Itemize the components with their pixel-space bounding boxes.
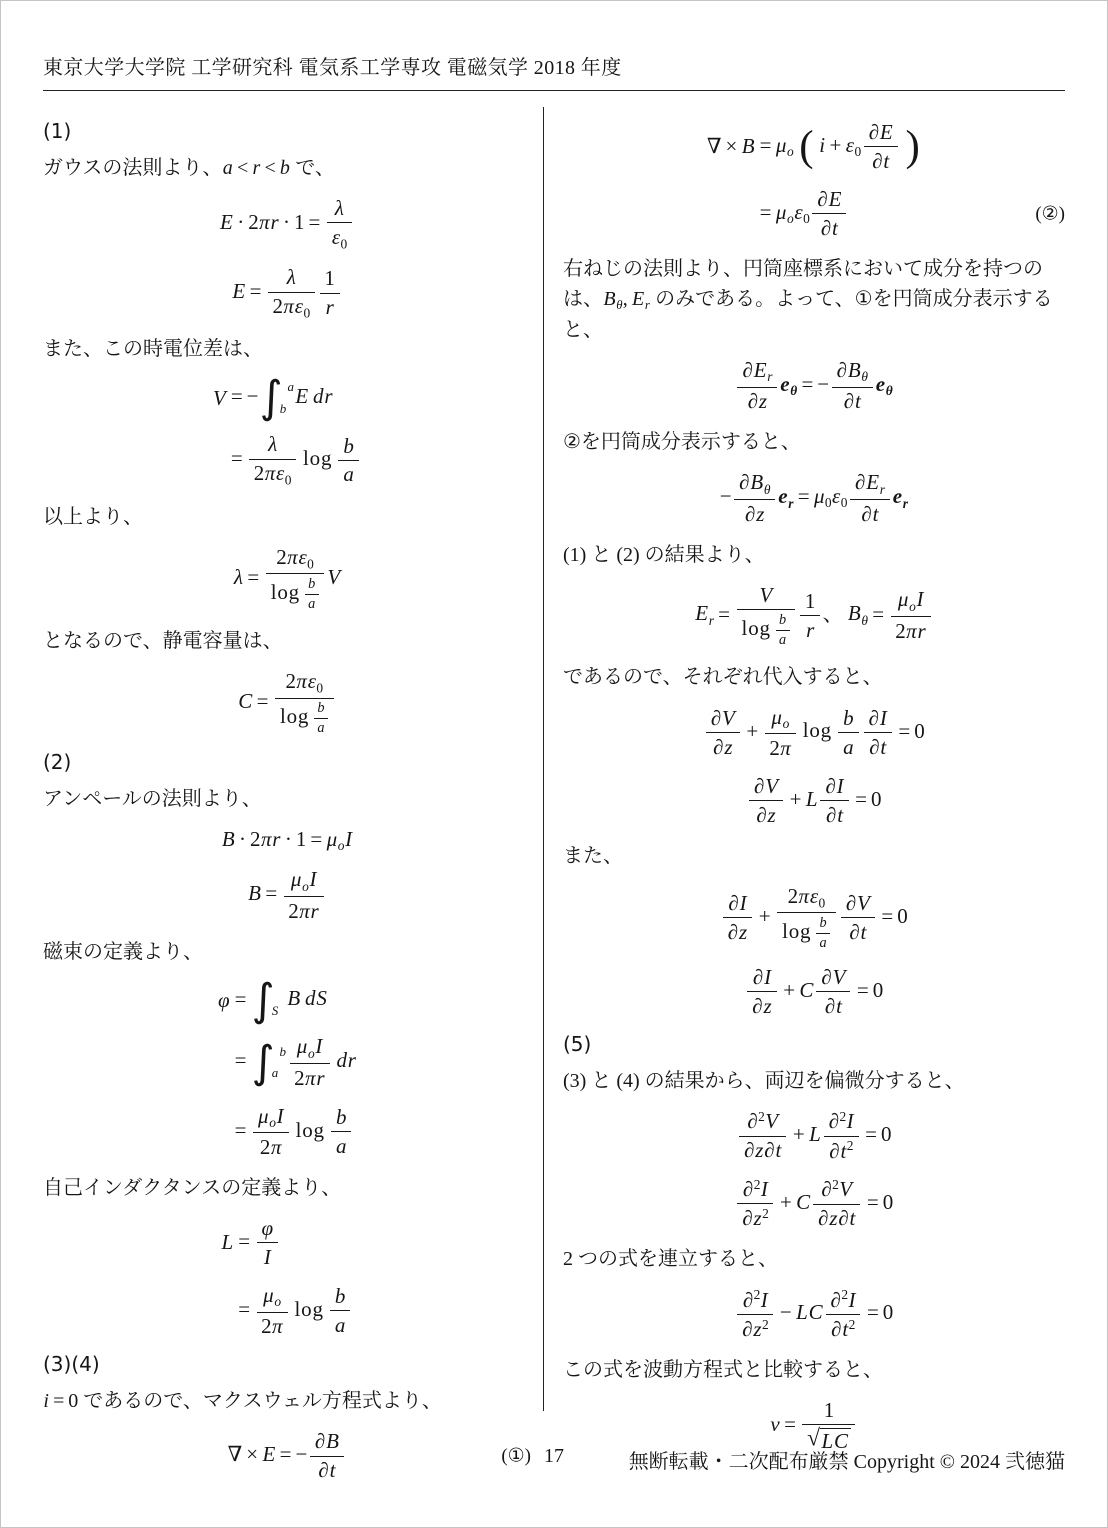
denominator: 2πr — [891, 617, 931, 643]
integral: ∫S — [252, 980, 282, 1022]
math-token: ∂ — [843, 389, 854, 413]
fraction: ba — [314, 700, 328, 737]
math-token: o — [309, 446, 320, 470]
inline-math: Bθ,Er — [603, 288, 650, 310]
math-token: 0 — [883, 1300, 894, 1324]
paragraph: 右ねじの法則より、円筒座標系において成分を持つのは、Bθ,Er のみである。よっ… — [563, 254, 1065, 345]
math-token: l — [294, 1297, 301, 1321]
math-token: = — [881, 904, 893, 928]
math-token: r — [708, 613, 714, 628]
math-token: B — [287, 986, 301, 1010]
subscript: 0 — [803, 211, 810, 226]
fraction: μoI2πr — [290, 1034, 330, 1090]
numerator: φ — [257, 1216, 279, 1243]
math-token: t — [855, 389, 862, 413]
math-token: ∂ — [825, 774, 836, 798]
equation-group: (②)∇×B=μo(i+ε0∂E∂t)=μoε0∂E∂t — [563, 120, 1065, 241]
denominator: ∂z — [737, 388, 777, 414]
math-token: μ — [775, 133, 786, 157]
equation-tag: (②) — [1035, 203, 1065, 226]
align-rhs: =μoε0∂E∂t — [760, 187, 922, 241]
align-rhs: =μo2πlogba — [238, 1283, 353, 1339]
roman-text: log — [270, 580, 299, 604]
denominator: a — [338, 461, 359, 487]
math-token: = — [238, 1229, 250, 1253]
math-token: 2 — [769, 736, 780, 760]
fraction: ∂Bθ∂z — [734, 470, 775, 526]
math-token: l — [270, 580, 277, 604]
math-token: = — [250, 279, 262, 303]
paragraph: 2 つの式を連立すると、 — [563, 1244, 1065, 1274]
subscript: r — [708, 613, 714, 628]
superscript: 2 — [832, 1177, 839, 1192]
fraction: ba — [838, 706, 859, 760]
math-token: = — [231, 384, 243, 408]
bold-vector: eθ — [780, 372, 798, 396]
math-token: 0 — [854, 144, 861, 159]
math-token: B — [221, 827, 235, 851]
math-token: = — [53, 1390, 64, 1412]
section-label: (5) — [563, 1032, 1065, 1056]
document-page: 東京大学大学院 工学研究科 電気系工学専攻 電磁気学 2018 年度 (1)ガウ… — [0, 0, 1108, 1528]
equation: ∂V∂z+L∂I∂t=0 — [563, 774, 1065, 828]
align-rhs: =∫baμoI2πrdr — [235, 1034, 357, 1090]
math-token: C — [808, 1300, 823, 1324]
numerator: ∂I — [820, 774, 848, 801]
math-token: b — [317, 700, 325, 716]
math-token: = — [872, 601, 884, 625]
math-token: o — [809, 718, 820, 742]
math-token: e — [780, 372, 790, 396]
math-token: i — [43, 1390, 49, 1412]
math-token: o — [748, 616, 759, 640]
numerator: b — [816, 915, 830, 934]
math-token: − — [817, 372, 829, 396]
paragraph: アンペールの法則より、 — [43, 784, 531, 814]
numerator: b — [314, 700, 328, 719]
numerator: ∂V — [841, 891, 875, 918]
math-token: a — [308, 596, 316, 612]
numerator: b — [330, 1284, 351, 1311]
fraction: ∂2I∂z2 — [737, 1177, 773, 1232]
bold-vector: er — [892, 484, 908, 508]
math-token: d — [313, 384, 324, 408]
equation: C=2πε0logba — [43, 669, 531, 737]
align-lhs: ∇×B — [707, 134, 755, 159]
section-label: (1) — [43, 119, 531, 143]
align-grid: φ=∫SBdS=∫baμoI2πrdr=μoI2πlogba — [218, 980, 357, 1160]
math-token: 0 — [841, 496, 848, 511]
numerator: 2πε0 — [275, 669, 334, 699]
math-token: = — [247, 565, 259, 589]
math-token: μ — [258, 1104, 269, 1128]
math-token: 1 — [296, 827, 307, 851]
denominator: ∂z2 — [737, 1315, 773, 1342]
math-token: g — [759, 616, 770, 640]
numerator: 2πε0 — [266, 545, 325, 575]
math-token: i — [819, 133, 826, 157]
math-token: E — [828, 187, 842, 211]
math-token: = — [231, 446, 243, 470]
numerator: ∂Er — [737, 358, 777, 388]
math-token: θ — [861, 369, 868, 384]
equation: ∂Er∂zeθ=−∂Bθ∂teθ — [563, 358, 1065, 414]
math-token: z — [756, 502, 765, 526]
math-token: π — [299, 899, 310, 923]
fraction: μoI2πr — [284, 867, 324, 923]
math-token: 2 — [294, 1066, 305, 1090]
math-token: o — [788, 919, 799, 943]
numerator: 1 — [320, 266, 340, 293]
fraction: ∂V∂z — [706, 706, 740, 760]
math-token: I — [760, 1177, 768, 1201]
math-token: o — [909, 599, 916, 614]
math-token: B — [750, 470, 764, 494]
math-token: μ — [814, 484, 825, 508]
paragraph: (1) と (2) の結果より、 — [563, 540, 1065, 570]
align-lhs: φ — [218, 988, 230, 1013]
math-token: z — [724, 735, 733, 759]
integral: ∫ba — [252, 1042, 282, 1084]
math-token: r — [347, 1048, 356, 1072]
math-token: = — [235, 986, 247, 1010]
paragraph: ガウスの法則より、a<r<b で、 — [43, 153, 531, 183]
math-token: 2 — [788, 884, 799, 908]
subscript: r — [879, 482, 885, 497]
math-token: ∂ — [820, 216, 831, 240]
math-token: = — [865, 1122, 877, 1146]
paragraph: 以上より、 — [43, 502, 531, 532]
math-token: ∂ — [830, 1288, 841, 1312]
math-token: a — [271, 1065, 278, 1080]
fraction: ∂V∂z — [749, 774, 783, 828]
math-token: I — [345, 827, 353, 851]
paragraph: (3) と (4) の結果から、両辺を偏微分すると、 — [563, 1066, 1065, 1096]
integral-limits: ba — [275, 1042, 282, 1084]
math-token: b — [819, 915, 827, 931]
math-token: r — [316, 1066, 325, 1090]
math-token: g — [321, 446, 332, 470]
math-token: b — [279, 401, 286, 416]
denominator: logba — [737, 610, 796, 648]
math-token: 0 — [303, 305, 310, 320]
superscript: 2 — [758, 1109, 765, 1124]
math-token: ε — [276, 461, 285, 485]
math-token: r — [325, 295, 334, 319]
math-token: S — [316, 986, 327, 1010]
math-token: I — [916, 587, 924, 611]
math-token: θ — [790, 383, 798, 398]
math-token: π — [270, 1135, 281, 1159]
math-token: b — [308, 576, 316, 592]
math-token: l — [802, 718, 809, 742]
math-token: V — [759, 583, 773, 607]
fraction: φI — [257, 1216, 279, 1270]
numerator: V — [737, 583, 796, 610]
math-token: ∂ — [752, 965, 763, 989]
math-token: = — [801, 372, 813, 396]
math-token: 0 — [819, 895, 826, 910]
numerator: ∂Bθ — [832, 358, 873, 388]
math-token: B — [741, 134, 755, 158]
math-token: z — [763, 994, 772, 1018]
denominator: ∂z — [749, 801, 783, 827]
fraction: ∂I∂z — [723, 891, 752, 945]
text-run: であるので、それぞれ代入すると、 — [563, 666, 883, 688]
text-run: (3) と (4) の結果から、両辺を偏微分すると、 — [563, 1070, 965, 1092]
math-token: 0 — [285, 473, 292, 488]
math-token: z — [759, 389, 768, 413]
math-token: I — [276, 1104, 284, 1128]
math-token: π — [272, 1314, 283, 1338]
math-token: ∂ — [824, 994, 835, 1018]
denominator: ∂t — [820, 801, 848, 827]
page-header: 東京大学大学院 工学研究科 電気系工学専攻 電磁気学 2018 年度 — [43, 51, 1065, 91]
math-token: o — [782, 716, 789, 731]
fraction: ba — [776, 612, 790, 649]
denominator: ∂z — [723, 918, 752, 944]
numerator: μoI — [891, 587, 931, 617]
denominator: r — [320, 294, 340, 320]
math-token: d — [336, 1048, 347, 1072]
math-token: B — [848, 601, 862, 625]
math-token: 2 — [762, 1206, 769, 1221]
math-token: π — [305, 1066, 316, 1090]
numerator: μo — [257, 1283, 288, 1313]
math-token: ∂ — [756, 803, 767, 827]
subscript: 0 — [307, 556, 314, 571]
column-right: (②)∇×B=μo(i+ε0∂E∂t)=μoε0∂E∂t右ねじの法則より、円筒座… — [543, 107, 1065, 1411]
math-token: φ — [218, 988, 230, 1012]
math-token: π — [906, 619, 917, 643]
math-token: e — [892, 484, 902, 508]
math-token: 2 — [285, 669, 296, 693]
math-token: a — [317, 720, 325, 736]
equation-group: L=φI=μo2πlogba — [43, 1216, 531, 1339]
math-token: μ — [291, 867, 302, 891]
math-token: a — [779, 632, 787, 648]
math-token: φ — [261, 1216, 273, 1240]
math-token: g — [288, 580, 299, 604]
math-token: μ — [326, 827, 337, 851]
paragraph: また、この時電位差は、 — [43, 334, 531, 364]
math-token: V — [832, 965, 846, 989]
math-token: = — [238, 1297, 250, 1321]
math-token: z — [753, 1206, 762, 1230]
two-column-body: (1)ガウスの法則より、a<r<b で、E·2πr·1=λε0E=λ2πε01r… — [43, 107, 1065, 1411]
math-expression: ∂V∂z+L∂I∂t=0 — [747, 774, 882, 828]
math-token: I — [739, 891, 747, 915]
math-token: ∂ — [829, 1139, 840, 1163]
numerator: ∂I — [723, 891, 752, 918]
page-number: 17 — [544, 1445, 564, 1468]
equation: E=λ2πε01r — [43, 265, 531, 321]
math-token: a — [334, 1313, 345, 1337]
math-token: = — [898, 718, 910, 742]
math-token: V — [765, 774, 779, 798]
numerator: ∂V — [816, 965, 850, 992]
math-token: z — [829, 1206, 838, 1230]
denominator: 2πr — [290, 1064, 330, 1090]
text-run: ②を円筒成分表示すると、 — [563, 431, 801, 453]
math-token: l — [741, 616, 748, 640]
subscript: θ — [861, 369, 868, 384]
equation: −∂Bθ∂zer=μ0ε0∂Er∂ter — [563, 470, 1065, 526]
subscript: o — [308, 1046, 315, 1061]
fraction: ∂2I∂t2 — [824, 1109, 859, 1164]
math-token: g — [820, 718, 831, 742]
equation: ∂2I∂z2−LC∂2I∂t2=0 — [563, 1287, 1065, 1342]
superscript: 2 — [762, 1317, 769, 1332]
math-token: 2 — [248, 210, 259, 234]
math-token: = — [718, 601, 730, 625]
numerator: ∂2I — [737, 1287, 773, 1315]
math-token: r — [270, 210, 279, 234]
math-token: ∂ — [713, 735, 724, 759]
math-token: V — [213, 386, 227, 410]
math-token: z — [739, 920, 748, 944]
math-token: I — [846, 1109, 854, 1133]
math-token: θ — [616, 298, 623, 312]
math-token: I — [848, 1288, 856, 1312]
math-token: ∂ — [845, 891, 856, 915]
equation: B·2πr·1=μoI — [43, 827, 531, 854]
math-token: z — [753, 1317, 762, 1341]
math-token: t — [872, 502, 879, 526]
math-token: = — [867, 1300, 879, 1324]
numerator: b — [338, 434, 359, 461]
subscript: r — [902, 496, 908, 511]
text-run: 2 つの式を連立すると、 — [563, 1248, 778, 1270]
numerator: μoI — [290, 1034, 330, 1064]
numerator: ∂E — [812, 187, 846, 214]
math-token: = — [867, 1190, 879, 1214]
paragraph: i=0 であるので、マクスウェル方程式より、 — [43, 1386, 531, 1416]
math-token: I — [263, 1245, 271, 1269]
math-expression: E=λ2πε01r — [232, 265, 342, 321]
denominator: 2πr — [284, 897, 324, 923]
subscript: 0 — [825, 496, 832, 511]
fraction: ∂I∂z — [747, 965, 776, 1019]
fraction: ∂Er∂z — [737, 358, 777, 414]
math-token: ∂ — [831, 1317, 842, 1341]
roman-text: log — [294, 1297, 323, 1321]
roman-text: log — [782, 919, 811, 943]
denominator: ∂t — [864, 733, 892, 759]
math-token: ε — [794, 200, 803, 224]
fraction: ba — [816, 915, 830, 952]
subscript: θ — [790, 383, 798, 398]
roman-text: log — [802, 718, 831, 742]
math-token: 0 — [803, 211, 810, 226]
math-expression: C=2πε0logba — [238, 669, 336, 737]
math-token: L — [805, 787, 818, 811]
numerator: ∂2I — [737, 1177, 773, 1205]
math-token: r — [767, 369, 773, 384]
subscript: θ — [886, 383, 894, 398]
fraction: ba — [330, 1284, 351, 1338]
fraction: λ2πε0 — [249, 432, 296, 488]
numerator: ∂2I — [826, 1287, 861, 1315]
paragraph: ②を円筒成分表示すると、 — [563, 427, 1065, 457]
fraction: μoI2πr — [891, 587, 931, 643]
denominator: logba — [275, 699, 334, 737]
equation: λ=2πε0logbaV — [43, 545, 531, 613]
denominator: 2πε0 — [268, 293, 315, 322]
subscript: o — [782, 716, 789, 731]
copyright-notice: 無断転載・二次配布厳禁 Copyright © 2024 弐徳猫 — [629, 1445, 1065, 1474]
superscript: 2 — [849, 1317, 856, 1332]
math-expression: E·2πr·1=λε0 — [220, 196, 355, 252]
text-run: また、 — [563, 845, 623, 867]
fraction: ∂Er∂t — [850, 470, 890, 526]
math-token: L — [809, 1122, 822, 1146]
math-token: b — [779, 612, 787, 628]
denominator: ∂z — [747, 992, 776, 1018]
math-token: ε — [331, 225, 340, 249]
upper-limit: b — [279, 1044, 286, 1060]
subscript: 0 — [841, 496, 848, 511]
text-run: また、この時電位差は、 — [43, 338, 263, 360]
math-token: e — [778, 484, 788, 508]
denominator: ∂t — [841, 918, 875, 944]
math-token: ∂ — [710, 706, 721, 730]
denominator: a — [314, 719, 328, 737]
align-rhs: =φI — [238, 1216, 353, 1270]
math-token: 1 — [294, 210, 305, 234]
numerator: b — [776, 612, 790, 631]
math-token: ∂ — [861, 502, 872, 526]
math-token: r — [252, 157, 261, 179]
math-token: a — [336, 1134, 347, 1158]
math-token: V — [722, 706, 736, 730]
fraction: Vlogba — [737, 583, 796, 649]
inline-math: a<r<b — [222, 157, 290, 179]
text-run: であるので、マクスウェル方程式より、 — [78, 1390, 442, 1412]
math-token: ∂ — [747, 1109, 758, 1133]
math-token: · — [283, 210, 290, 234]
equation-group: V=−∫abEdr=λ2πε0logba — [43, 377, 531, 488]
math-token: I — [309, 867, 317, 891]
math-token: + — [746, 718, 758, 742]
text-run: となるので、静電容量は、 — [43, 630, 283, 652]
math-token: I — [764, 965, 772, 989]
denominator: a — [305, 595, 319, 613]
numerator: ∂I — [747, 965, 776, 992]
text-run: 以上より、 — [43, 506, 143, 528]
math-token: r — [272, 827, 281, 851]
math-expression: ∂Er∂zeθ=−∂Bθ∂teθ — [735, 358, 893, 414]
math-token: + — [790, 787, 802, 811]
math-token: 1 — [805, 589, 816, 613]
text-run: ガウスの法則より、 — [43, 157, 222, 179]
math-token: 1 — [824, 1398, 835, 1422]
math-token: · — [285, 827, 292, 851]
math-token: V — [765, 1109, 779, 1133]
math-token: r — [788, 496, 794, 511]
math-token: e — [875, 372, 885, 396]
math-token: V — [857, 891, 871, 915]
numerator: λ — [327, 196, 352, 223]
math-token: 1 — [324, 266, 335, 290]
math-token: + — [793, 1122, 805, 1146]
fraction: ∂2I∂z2 — [737, 1287, 773, 1342]
math-token: 0 — [897, 904, 908, 928]
denominator: ∂z2 — [737, 1204, 773, 1231]
math-token: ∂ — [818, 1206, 829, 1230]
math-token: = — [760, 133, 772, 157]
numerator: λ — [249, 432, 296, 459]
